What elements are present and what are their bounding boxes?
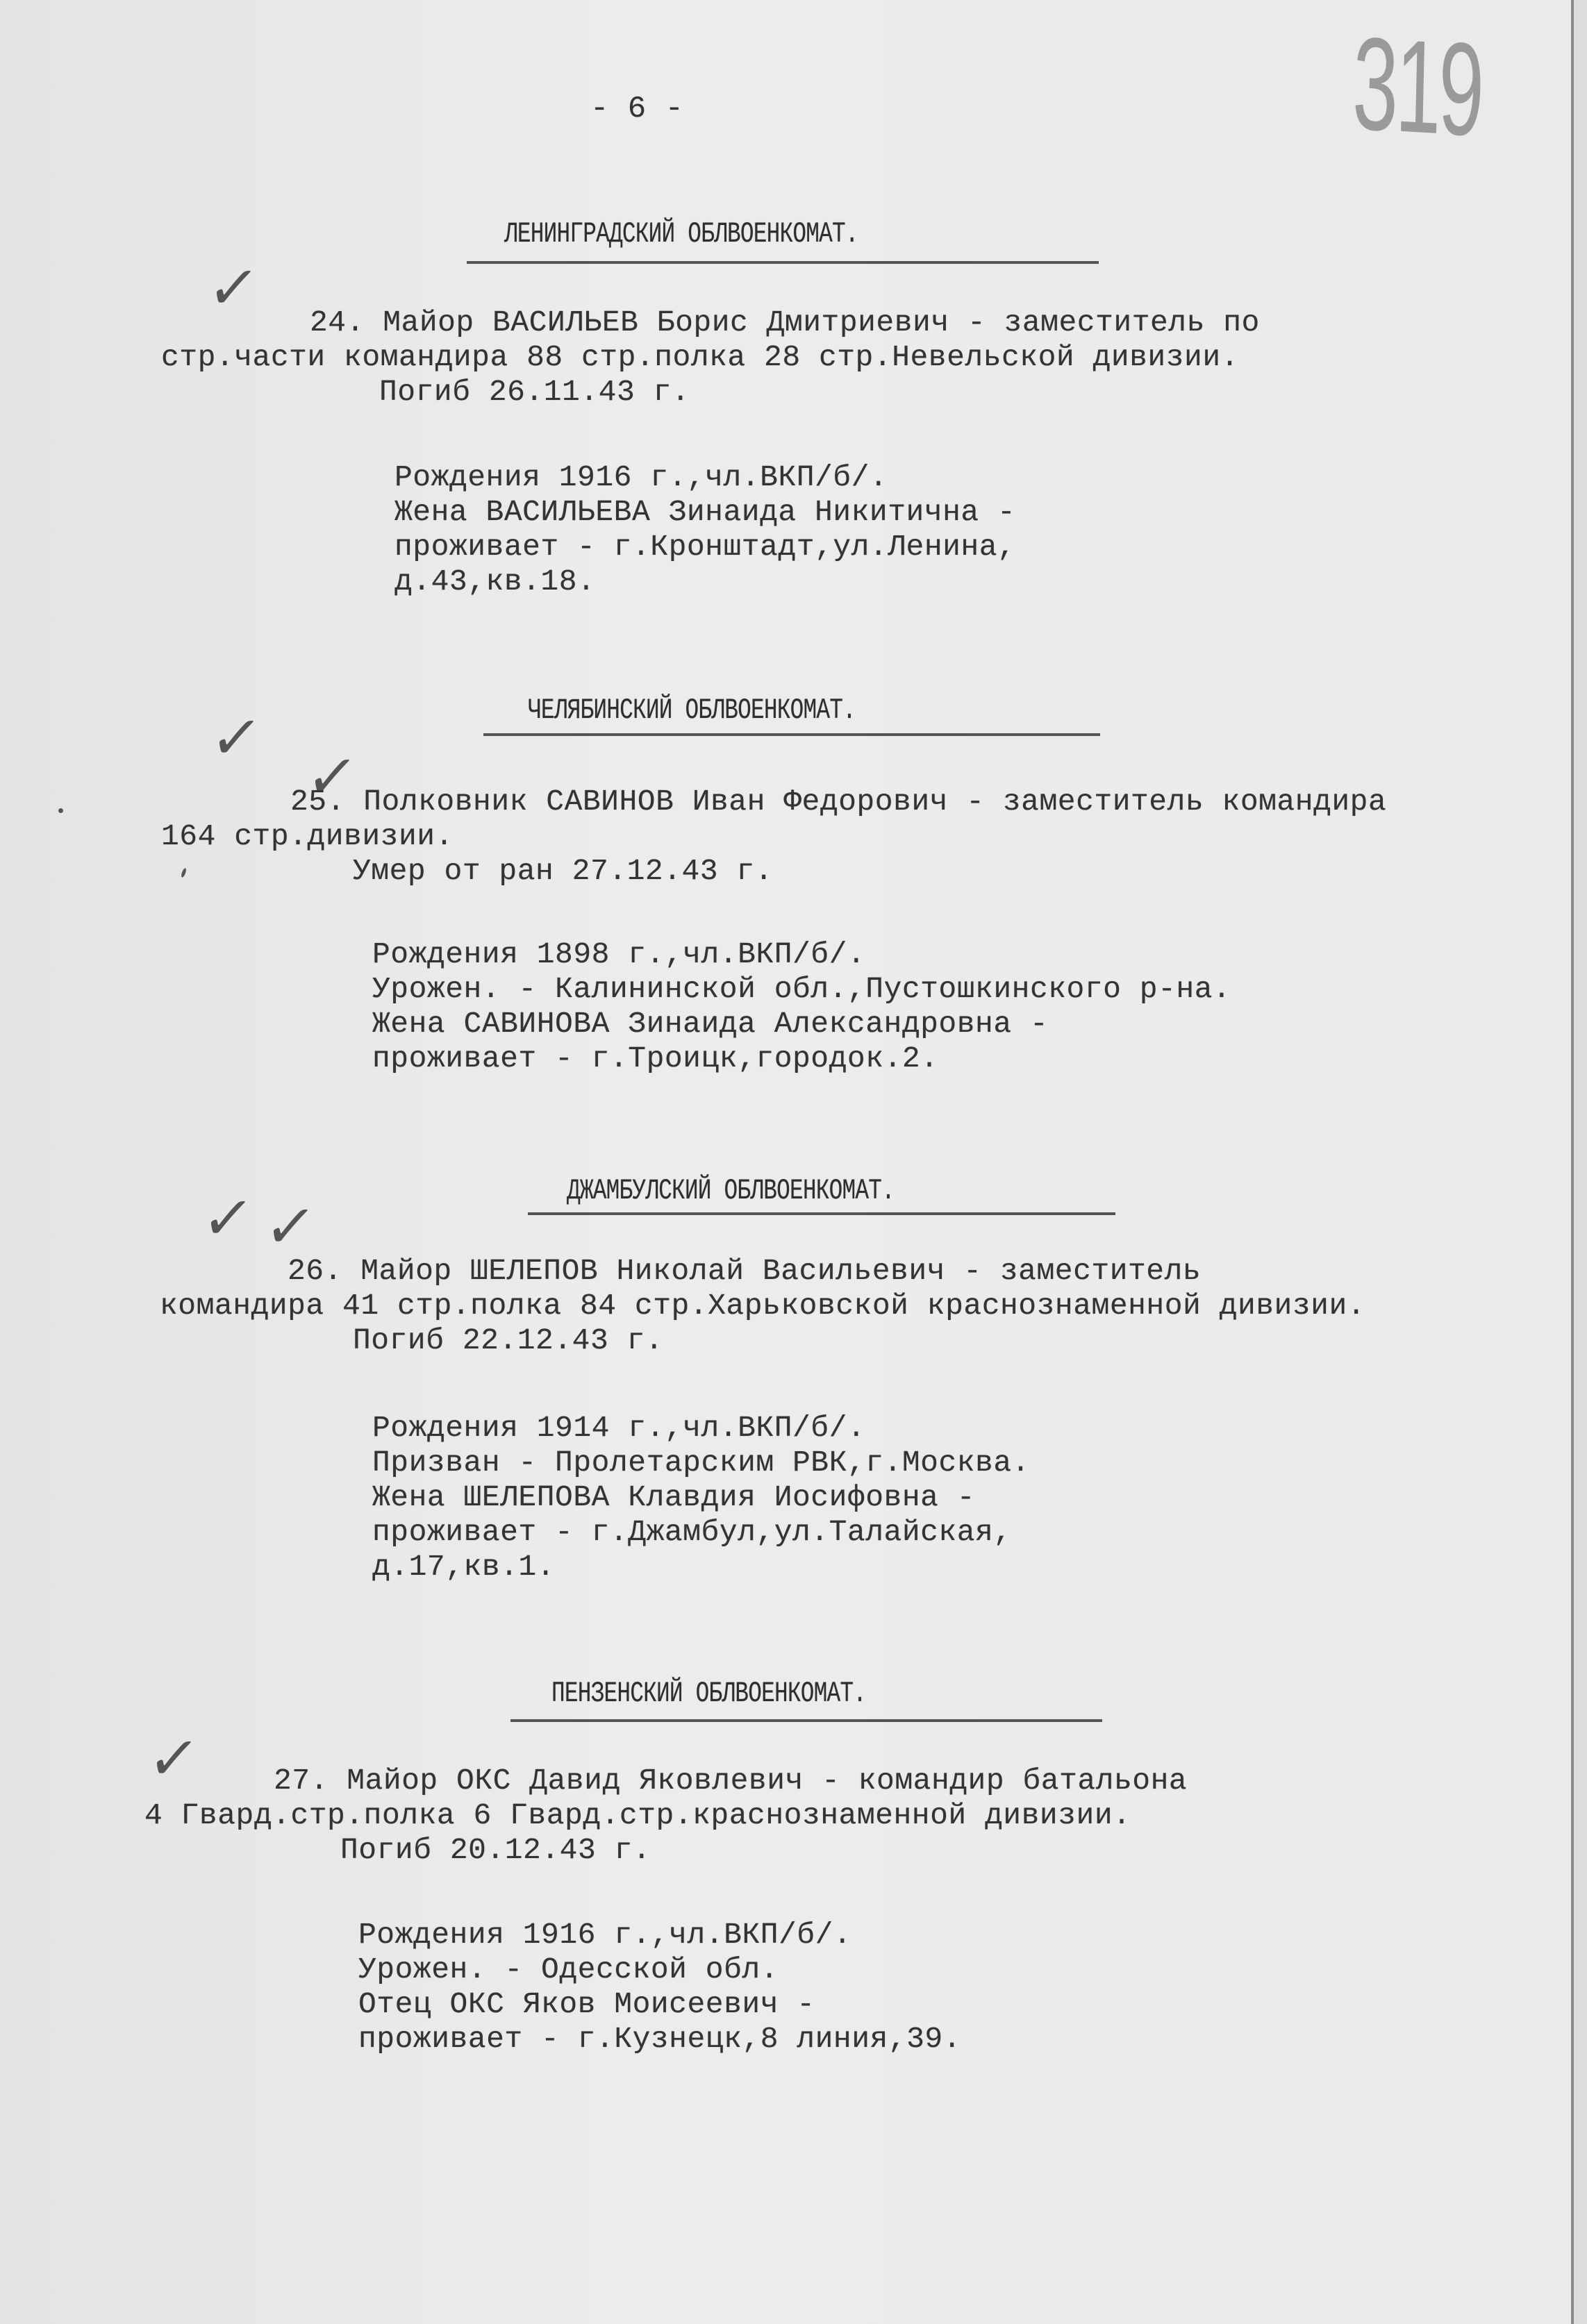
entry-line: 27. Майор ОКС Давид Яковлевич - командир… bbox=[274, 1764, 1187, 1798]
entry-line: 4 Гвард.стр.полка 6 Гвард.стр.краснознам… bbox=[144, 1798, 1131, 1833]
page-background bbox=[1574, 0, 1587, 2324]
entry-line: стр.части командира 88 стр.полка 28 стр.… bbox=[161, 340, 1239, 375]
entry-detail: Урожен. - Одесской обл. bbox=[358, 1953, 779, 1987]
heading-underline bbox=[528, 1212, 1115, 1215]
entry-line: Умер от ран 27.12.43 г. bbox=[353, 854, 773, 889]
entry-line: 24. Майор ВАСИЛЬЕВ Борис Дмитриевич - за… bbox=[310, 306, 1260, 340]
entry-line: 164 стр.дивизии. bbox=[161, 819, 454, 854]
check-mark-icon: ✓ bbox=[204, 258, 263, 318]
page-number: - 6 - bbox=[590, 92, 684, 126]
entry-detail: Призван - Пролетарским РВК,г.Москва. bbox=[372, 1446, 1030, 1480]
entry-detail: Отец ОКС Яков Моисеевич - bbox=[358, 1987, 815, 2022]
entry-detail: проживает - г.Троицк,городок.2. bbox=[372, 1042, 938, 1076]
check-mark-icon: ✓ bbox=[261, 1197, 319, 1257]
entry-line: 25. Полковник САВИНОВ Иван Федорович - з… bbox=[290, 785, 1386, 819]
section-heading-dzhambul: ДЖАМБУЛСКИЙ ОБЛВОЕНКОМАТ. bbox=[567, 1173, 895, 1208]
entry-detail: Урожен. - Калининской обл.,Пустошкинског… bbox=[372, 972, 1231, 1007]
entry-line: командира 41 стр.полка 84 стр.Харьковско… bbox=[160, 1289, 1365, 1323]
check-mark-icon: ✓ bbox=[207, 708, 265, 768]
section-heading-leningrad: ЛЕНИНГРАДСКИЙ ОБЛВОЕНКОМАТ. bbox=[504, 217, 858, 251]
entry-line: Погиб 26.11.43 г. bbox=[379, 375, 690, 410]
entry-detail: Жена САВИНОВА Зинаида Александровна - bbox=[372, 1007, 1048, 1042]
entry-detail: д.43,кв.18. bbox=[394, 565, 595, 599]
entry-detail: проживает - г.Джамбул,ул.Талайская, bbox=[372, 1515, 1012, 1550]
heading-underline bbox=[483, 733, 1100, 736]
check-mark-icon: ✓ bbox=[144, 1729, 203, 1789]
section-heading-chelyabinsk: ЧЕЛЯБИНСКИЙ ОБЛВОЕНКОМАТ. bbox=[528, 693, 856, 728]
entry-detail: Жена ВАСИЛЬЕВА Зинаида Никитична - bbox=[394, 495, 1015, 530]
folio-number: 319 bbox=[1352, 14, 1484, 160]
entry-detail: Рождения 1916 г.,чл.ВКП/б/. bbox=[358, 1918, 851, 1953]
heading-underline bbox=[510, 1719, 1102, 1722]
entry-line: Погиб 22.12.43 г. bbox=[353, 1323, 663, 1358]
entry-detail: проживает - г.Кронштадт,ул.Ленина, bbox=[394, 530, 1015, 565]
entry-detail: д.17,кв.1. bbox=[372, 1550, 555, 1585]
entry-detail: Жена ШЕЛЕПОВА Клавдия Иосифовна - bbox=[372, 1480, 975, 1515]
ink-speck bbox=[58, 808, 63, 813]
entry-detail: Рождения 1916 г.,чл.ВКП/б/. bbox=[394, 460, 888, 495]
heading-underline bbox=[467, 261, 1099, 264]
check-mark-icon: ✓ bbox=[199, 1189, 257, 1248]
entry-detail: Рождения 1914 г.,чл.ВКП/б/. bbox=[372, 1411, 865, 1446]
entry-line: 26. Майор ШЕЛЕПОВ Николай Васильевич - з… bbox=[288, 1254, 1201, 1289]
section-heading-penza: ПЕНЗЕНСКИЙ ОБЛВОЕНКОМАТ. bbox=[551, 1676, 866, 1711]
entry-detail: Рождения 1898 г.,чл.ВКП/б/. bbox=[372, 937, 865, 972]
entry-detail: проживает - г.Кузнецк,8 линия,39. bbox=[358, 2022, 961, 2057]
entry-line: Погиб 20.12.43 г. bbox=[340, 1833, 651, 1868]
